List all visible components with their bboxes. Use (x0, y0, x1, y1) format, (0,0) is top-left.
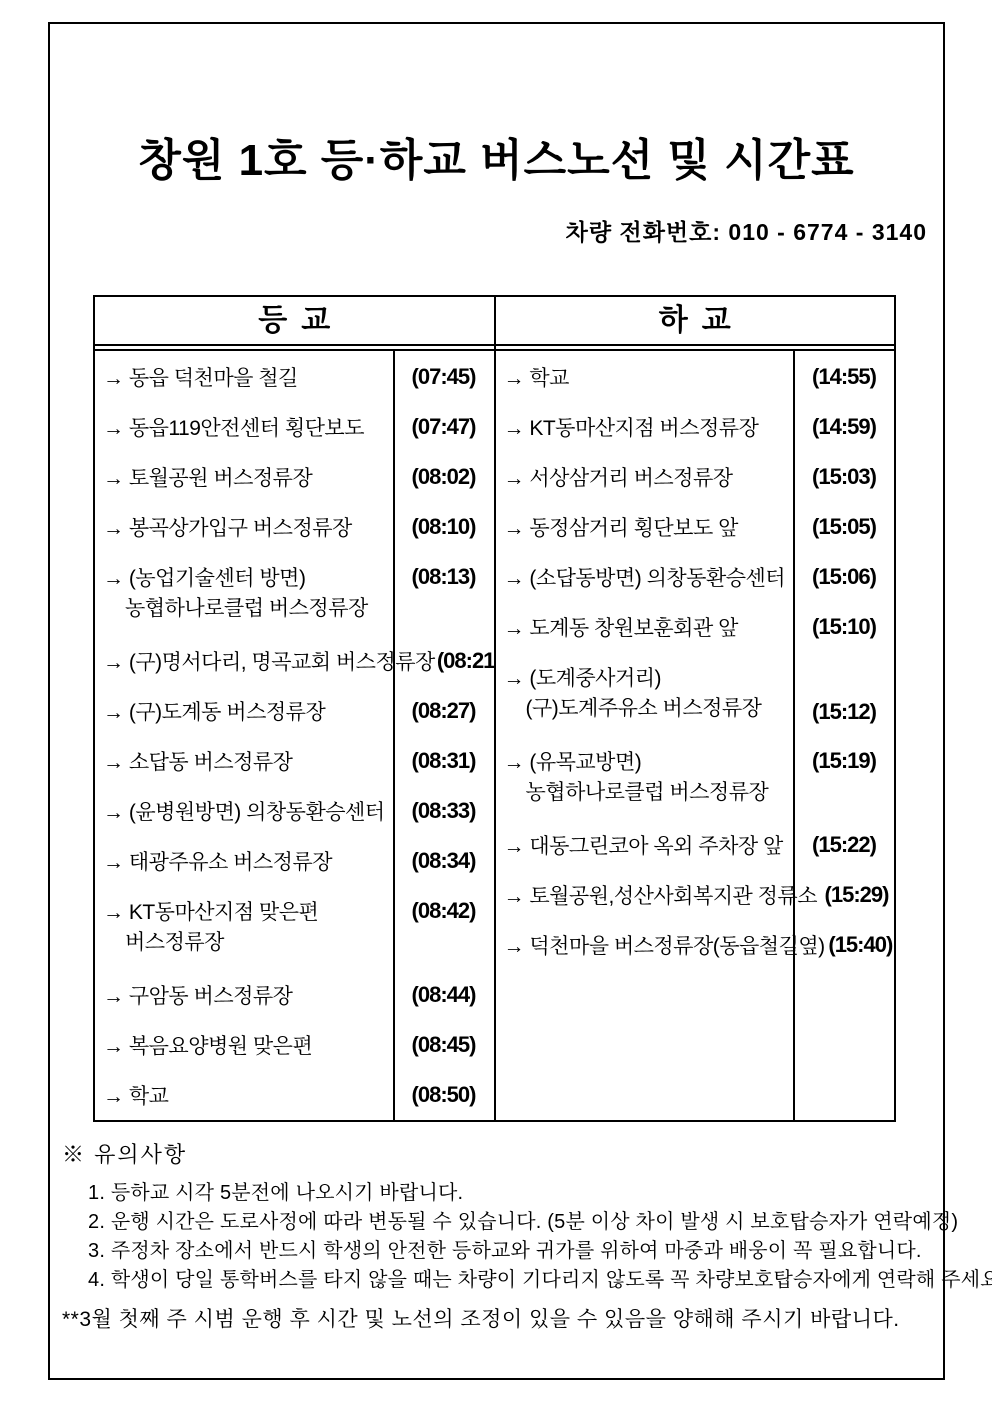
stop-name: → (구)명서다리, 명곡교회 버스정류장 (95, 639, 437, 689)
table-row: → 동읍 덕천마을 철길(07:45) (95, 355, 494, 405)
bus-timetable: 등교 → 동읍 덕천마을 철길(07:45)→ 동읍119안전센터 횡단보도(0… (93, 295, 896, 1122)
notes-list: 1. 등하교 시각 5분전에 나오시기 바랍니다.2. 운행 시간은 도로사정에… (62, 1179, 933, 1295)
notes-heading: ※ 유의사항 (62, 1138, 933, 1169)
note-item: 4. 학생이 당일 통학버스를 타지 않을 때는 차량이 기다리지 않도록 꼭 … (62, 1266, 933, 1295)
column-to-school: 등교 → 동읍 덕천마을 철길(07:45)→ 동읍119안전센터 횡단보도(0… (95, 297, 494, 1120)
stop-name: → 덕천마을 버스정류장(동읍철길옆) (496, 923, 827, 973)
stop-name: → 서상삼거리 버스정류장 (496, 455, 795, 505)
table-row: → 태광주유소 버스정류장(08:34) (95, 839, 494, 889)
stop-name: → 대동그린코아 옥외 주차장 앞 (496, 823, 795, 873)
stop-time: (14:59) (794, 405, 894, 455)
table-row: → 동읍119안전센터 횡단보도(07:47) (95, 405, 494, 455)
stop-time: (08:10) (394, 505, 494, 555)
stop-time: (15:22) (794, 823, 894, 873)
table-row: → (구)도계동 버스정류장(08:27) (95, 689, 494, 739)
column-from-school: 하교 → 학교(14:55)→ KT동마산지점 버스정류장(14:59)→ 서상… (494, 297, 895, 1120)
note-item: 1. 등하교 시각 5분전에 나오시기 바랍니다. (62, 1179, 933, 1208)
document-page-border: 창원 1호 등·하교 버스노선 및 시간표 차량 전화번호: 010 - 677… (48, 22, 945, 1380)
time-column-divider (393, 351, 395, 1120)
stop-time: (15:19) (794, 739, 894, 823)
stop-time: (15:03) (794, 455, 894, 505)
table-row: → (농업기술센터 방면)농협하나로클럽 버스정류장(08:13) (95, 555, 494, 639)
stop-time: (08:33) (394, 789, 494, 839)
stop-time: (08:34) (394, 839, 494, 889)
table-row: → 복음요양병원 맞은편(08:45) (95, 1023, 494, 1073)
table-row: → 학교(08:50) (95, 1073, 494, 1120)
stop-time: (15:12) (794, 655, 894, 739)
stop-name: → 동읍 덕천마을 철길 (95, 355, 394, 405)
stop-time: (15:40) (827, 923, 894, 973)
from-school-rows: → 학교(14:55)→ KT동마산지점 버스정류장(14:59)→ 서상삼거리… (496, 351, 895, 1120)
table-row: → 도계동 창원보훈회관 앞(15:10) (496, 605, 895, 655)
stop-name: → (농업기술센터 방면)농협하나로클럽 버스정류장 (95, 555, 394, 639)
stop-name: → 소답동 버스정류장 (95, 739, 394, 789)
table-row: → KT동마산지점 맞은편버스정류장(08:42) (95, 889, 494, 973)
stop-time: (07:47) (394, 405, 494, 455)
table-row: → KT동마산지점 버스정류장(14:59) (496, 405, 895, 455)
stop-name: → 구암동 버스정류장 (95, 973, 394, 1023)
stop-name: → KT동마산지점 버스정류장 (496, 405, 795, 455)
stop-time: (08:44) (394, 973, 494, 1023)
table-row: → 학교(14:55) (496, 355, 895, 405)
stop-time: (15:06) (794, 555, 894, 605)
table-row: → (소답동방면) 의창동환승센터(15:06) (496, 555, 895, 605)
stop-time: (08:45) (394, 1023, 494, 1073)
stop-name: → (윤병원방면) 의창동환승센터 (95, 789, 394, 839)
stop-time: (15:29) (819, 873, 894, 923)
to-school-rows: → 동읍 덕천마을 철길(07:45)→ 동읍119안전센터 횡단보도(07:4… (95, 351, 494, 1120)
stop-name: → (구)도계동 버스정류장 (95, 689, 394, 739)
stop-time: (08:50) (394, 1073, 494, 1120)
table-row: → (유목교방면)농협하나로클럽 버스정류장(15:19) (496, 739, 895, 823)
notes-footer: **3월 첫째 주 시범 운행 후 시간 및 노선의 조정이 있을 수 있음을 … (62, 1303, 933, 1333)
table-row: → 구암동 버스정류장(08:44) (95, 973, 494, 1023)
from-school-header: 하교 (496, 297, 895, 351)
stop-name: → 학교 (496, 355, 795, 405)
table-row: → 소답동 버스정류장(08:31) (95, 739, 494, 789)
note-item: 2. 운행 시간은 도로사정에 따라 변동될 수 있습니다. (5분 이상 차이… (62, 1208, 933, 1237)
page-title: 창원 1호 등·하교 버스노선 및 시간표 (60, 124, 933, 188)
stop-name: → 동읍119안전센터 횡단보도 (95, 405, 394, 455)
stop-time: (08:21) (437, 639, 494, 689)
stop-name: → KT동마산지점 맞은편버스정류장 (95, 889, 394, 973)
stop-name: → 동정삼거리 횡단보도 앞 (496, 505, 795, 555)
stop-time: (08:31) (394, 739, 494, 789)
stop-time: (15:10) (794, 605, 894, 655)
stop-name: → 학교 (95, 1073, 394, 1120)
time-column-divider (793, 351, 795, 1120)
notes-section: ※ 유의사항 1. 등하교 시각 5분전에 나오시기 바랍니다.2. 운행 시간… (62, 1138, 933, 1333)
table-row: → (구)명서다리, 명곡교회 버스정류장(08:21) (95, 639, 494, 689)
stop-name: → (도계중사거리)(구)도계주유소 버스정류장 (496, 655, 795, 739)
table-row: → (윤병원방면) 의창동환승센터(08:33) (95, 789, 494, 839)
stop-time: (08:27) (394, 689, 494, 739)
table-row: → 서상삼거리 버스정류장(15:03) (496, 455, 895, 505)
table-row: → 동정삼거리 횡단보도 앞(15:05) (496, 505, 895, 555)
stop-time: (08:42) (394, 889, 494, 973)
stop-name: → 복음요양병원 맞은편 (95, 1023, 394, 1073)
stop-time: (15:05) (794, 505, 894, 555)
stop-name: → (소답동방면) 의창동환승센터 (496, 555, 795, 605)
table-row: → 토월공원 버스정류장(08:02) (95, 455, 494, 505)
vehicle-phone-number: 차량 전화번호: 010 - 6774 - 3140 (50, 214, 943, 247)
stop-name: → 도계동 창원보훈회관 앞 (496, 605, 795, 655)
note-item: 3. 주정차 장소에서 반드시 학생의 안전한 등하교와 귀가를 위하여 마중과… (62, 1237, 933, 1266)
stop-time: (14:55) (794, 355, 894, 405)
stop-name: → 태광주유소 버스정류장 (95, 839, 394, 889)
table-row: → 봉곡상가입구 버스정류장(08:10) (95, 505, 494, 555)
stop-name: → 봉곡상가입구 버스정류장 (95, 505, 394, 555)
table-row: → 덕천마을 버스정류장(동읍철길옆)(15:40) (496, 923, 895, 973)
table-row: → (도계중사거리)(구)도계주유소 버스정류장(15:12) (496, 655, 895, 739)
stop-time: (08:02) (394, 455, 494, 505)
table-row: → 토월공원,성산사회복지관 정류소(15:29) (496, 873, 895, 923)
stop-time: (08:13) (394, 555, 494, 639)
table-row: → 대동그린코아 옥외 주차장 앞(15:22) (496, 823, 895, 873)
stop-time: (07:45) (394, 355, 494, 405)
stop-name: → 토월공원 버스정류장 (95, 455, 394, 505)
to-school-header: 등교 (95, 297, 494, 351)
stop-name: → (유목교방면)농협하나로클럽 버스정류장 (496, 739, 795, 823)
stop-name: → 토월공원,성산사회복지관 정류소 (496, 873, 820, 923)
